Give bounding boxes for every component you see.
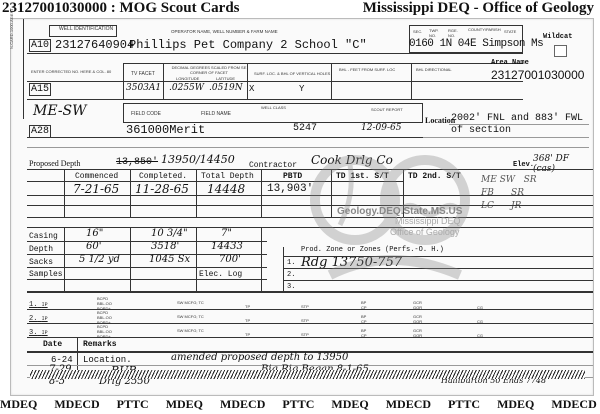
header-total-depth: Total Depth xyxy=(201,172,254,181)
enter-corrected-label: ENTER CORRECTED NO. HERE & COL. 80 xyxy=(31,69,111,74)
elec-log-label: Elec. Log xyxy=(199,270,242,279)
footer-item: PTTC xyxy=(117,397,149,411)
casing-label: Casing xyxy=(29,232,58,241)
handwritten-me-sw: ME-SW xyxy=(33,103,87,119)
longitude-value: .0255W xyxy=(169,83,204,93)
y-label: Y xyxy=(299,84,304,94)
scout-card: N-CARD-1000-AGENT WELL IDENTIFICATION OP… xyxy=(10,18,594,396)
sacks-value-1: 5 1/2 yd xyxy=(79,254,120,265)
footer-item: PTTC xyxy=(448,397,480,411)
elev-label: Elev. xyxy=(513,161,534,169)
footer-banner: MDEQ MDECD PTTC MDEQ MDECD PTTC MDEQ MDE… xyxy=(0,397,600,412)
ip-label: IP xyxy=(42,330,48,336)
contractor-value: Cook Drlg Co xyxy=(311,153,393,167)
proposed-depth-label: Proposed Depth xyxy=(29,159,80,168)
depth-value-2: 3518' xyxy=(151,241,179,252)
location-line2: of section xyxy=(451,125,511,136)
depth-label: Depth xyxy=(29,245,53,254)
x-label: X xyxy=(249,84,254,94)
zone-2: 2. xyxy=(287,271,295,279)
sacks-value-2: 1045 Sx xyxy=(149,254,190,265)
field-number-value: 5247 xyxy=(293,123,317,134)
footer-item: MDEQ xyxy=(0,397,37,411)
location-line1: 2002' FNL and 883' FWL xyxy=(451,113,583,124)
latitude-value: .0519N xyxy=(209,83,243,93)
depth-value-3: 14433 xyxy=(211,241,243,252)
tops-3: LC JR xyxy=(481,201,521,211)
footer-item: MDECD xyxy=(551,397,596,411)
casing-value-1: 16" xyxy=(86,228,103,239)
pbtd-value: 13,903' xyxy=(267,183,313,195)
header-pbtd: PBTD xyxy=(283,172,302,181)
zone-3: 3. xyxy=(287,283,295,291)
well-id-value: 23127640904 xyxy=(55,38,134,52)
hatch-border xyxy=(30,370,585,379)
remark-hand: amended proposed depth to 13950 xyxy=(171,352,348,363)
commenced-value: 7-21-65 xyxy=(73,182,119,196)
operator-value: Phillips Pet Company 2 School "C" xyxy=(129,38,367,52)
header-commenced: Commenced xyxy=(75,172,118,181)
well-id-label: WELL IDENTIFICATION xyxy=(59,26,113,32)
side-label: N-CARD-1000-AGENT xyxy=(9,0,14,49)
proposed-depth-typed: 13,850' xyxy=(116,157,158,168)
header-completed: Completed. xyxy=(139,172,187,181)
facet-value: 3503A1 xyxy=(126,83,161,93)
tops-1: ME SW SR xyxy=(481,175,537,185)
samples-label: Samples xyxy=(29,270,63,279)
decimal-degrees-label: DECIMAL DEGREES SCALED FROM SE CORNER OF… xyxy=(169,65,249,75)
date-header: Date xyxy=(43,340,62,349)
casing-value-3: 7" xyxy=(221,228,232,239)
page-title: 23127001030000 : MOG Scout Cards xyxy=(2,0,240,17)
surf-loc-label: SURF. LOC. & BHL OF VERTICAL HOLES xyxy=(254,71,330,76)
footer-item: MDEQ xyxy=(331,397,368,411)
footer-item: MDECD xyxy=(54,397,99,411)
footer-item: MDECD xyxy=(386,397,431,411)
wildcat-label: Wildcat xyxy=(543,33,572,41)
ip-label: IP xyxy=(42,316,48,322)
row-code-a10: A10 xyxy=(29,39,51,52)
ip-mcfg: SW MCFG; TC xyxy=(177,328,207,333)
agency-title: Mississippi DEQ - Office of Geology xyxy=(363,0,594,17)
total-depth-value: 14448 xyxy=(207,182,245,196)
remarks-header: Remarks xyxy=(83,340,117,349)
watermark-text-2: Mississippi DEQ xyxy=(395,216,461,226)
area-name-label: Area Name xyxy=(491,59,529,67)
footer-item: PTTC xyxy=(282,397,314,411)
scout-report-value: 12-09-65 xyxy=(361,123,401,133)
row-code-a15: A15 xyxy=(29,83,51,96)
ip-num: 2. xyxy=(29,315,37,323)
completed-value: 11-28-65 xyxy=(135,182,189,196)
proposed-depth-handwritten: 13950/14450 xyxy=(161,153,235,166)
watermark-text-3: Office of Geology xyxy=(390,227,459,237)
tops-2: FB SR xyxy=(481,188,524,198)
zone-1: 1. xyxy=(287,259,295,267)
header-td-1st: TD 1st. S/T xyxy=(336,172,389,181)
footer-item: MDEQ xyxy=(497,397,534,411)
operator-label: OPERATOR NAME, WELL NUMBER & FARM NAME xyxy=(171,29,278,34)
facet-label: TV FACET xyxy=(131,71,155,77)
field-value: 361000Merit xyxy=(126,123,205,137)
ip-mcfg: SW MCFG; TC xyxy=(177,300,207,305)
casing-value-2: 10 3/4" xyxy=(151,228,188,239)
area-name-value: 23127001030000 xyxy=(491,68,584,82)
wildcat-checkbox[interactable] xyxy=(554,45,567,57)
depth-value-1: 60' xyxy=(86,241,101,252)
ip-mcfg: SW MCFG; TC xyxy=(177,314,207,319)
bhl-feet-label: BHL - FEET FROM SURF. LOC xyxy=(339,67,395,72)
footer-item: MDEQ xyxy=(166,397,203,411)
header-td-2nd: TD 2nd. S/T xyxy=(408,172,461,181)
footer-item: MDECD xyxy=(220,397,265,411)
prod-zone-label: Prod. Zone or Zones (Perfs.-O. H.) xyxy=(301,246,444,254)
ip-num: 1. xyxy=(29,301,37,309)
sacks-value-3: 700' xyxy=(219,254,241,265)
location-value: 0160 1N 04E Simpson Ms xyxy=(409,38,543,50)
ip-num: 3. xyxy=(29,329,37,337)
ip-label: IP xyxy=(42,302,48,308)
elev-value: 368' DF (cas) xyxy=(533,154,593,174)
bhl-dir-label: BHL DIRECTIONAL xyxy=(416,67,452,72)
sacks-label: Sacks xyxy=(29,258,53,267)
